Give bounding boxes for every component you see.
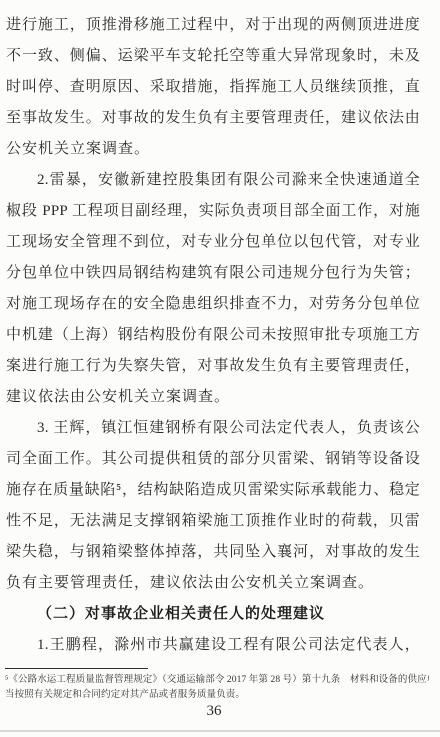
body-text-line: 时叫停、查明原因、采取措施，指挥施工人员继续顶推，直 [6,72,420,103]
body-text-line: 1.王鹏程，滁州市共赢建设工程有限公司法定代表人， [6,630,420,661]
document-body: 进行施工，顶推滑移施工过程中，对于出现的两侧顶进进度不一致、侧偏、运梁平车支轮托… [6,10,420,661]
body-text-line: （二）对事故企业相关责任人的处理建议 [6,599,420,630]
footnote-line: ⁵《公路水运工程质量监督管理规定》（交通运输部令 2017 年第 28 号）第十… [5,673,429,688]
page-bottom-edge [0,730,440,732]
body-text-line: 分包单位中铁四局钢结构建筑有限公司违规分包行为失管； [6,258,420,289]
body-text-line: 至事故发生。对事故的发生负有主要管理责任，建议依法由 [6,103,420,134]
body-text-line: 椒段 PPP 工程项目副经理，实际负责项目部全面工作，对施 [6,196,420,227]
body-text-line: 对施工现场存在的安全隐患组织排查不力，对劳务分包单位 [6,289,420,320]
footnote: ⁵《公路水运工程质量监督管理规定》（交通运输部令 2017 年第 28 号）第十… [5,673,429,703]
body-text-line: 公安机关立案调查。 [6,134,420,165]
footnote-separator [5,668,148,669]
body-text-line: 中机建（上海）钢结构股份有限公司未按照审批专项施工方 [6,320,420,351]
body-text-line: 进行施工，顶推滑移施工过程中，对于出现的两侧顶进进度 [6,10,420,41]
body-text-line: 工现场安全管理不到位，对专业分包单位以包代管，对专业 [6,227,420,258]
body-text-line: 2.雷暴，安徽新建控股集团有限公司滁来全快速通道全 [6,165,420,196]
body-text-line: 性不足，无法满足支撑钢箱梁施工顶推作业时的荷载，贝雷 [6,506,420,537]
body-text-line: 案进行施工行为失察失管，对事故发生负有主要管理责任， [6,351,420,382]
body-text-line: 不一致、侧偏、运梁平车支轮托空等重大异常现象时，未及 [6,41,420,72]
body-text-line: 司全面工作。其公司提供租赁的部分贝雷梁、钢销等设备设 [6,444,420,475]
page-number: 36 [0,702,428,720]
body-text-line: 施存在质量缺陷⁵，结构缺陷造成贝雷梁实际承载能力、稳定 [6,475,420,506]
body-text-line: 3. 王辉，镇江恒建钢桥有限公司法定代表人，负责该公 [6,413,420,444]
footnote-line: 当按照有关规定和合同约定对其产品或者服务质量负责。 [5,688,429,703]
body-text-line: 负有主要管理责任，建议依法由公安机关立案调查。 [6,568,420,599]
document-page: 进行施工，顶推滑移施工过程中，对于出现的两侧顶进进度不一致、侧偏、运梁平车支轮托… [0,0,440,737]
body-text-line: 梁失稳，与钢箱梁整体掉落，共同坠入襄河，对事故的发生 [6,537,420,568]
body-text-line: 建议依法由公安机关立案调查。 [6,382,420,413]
